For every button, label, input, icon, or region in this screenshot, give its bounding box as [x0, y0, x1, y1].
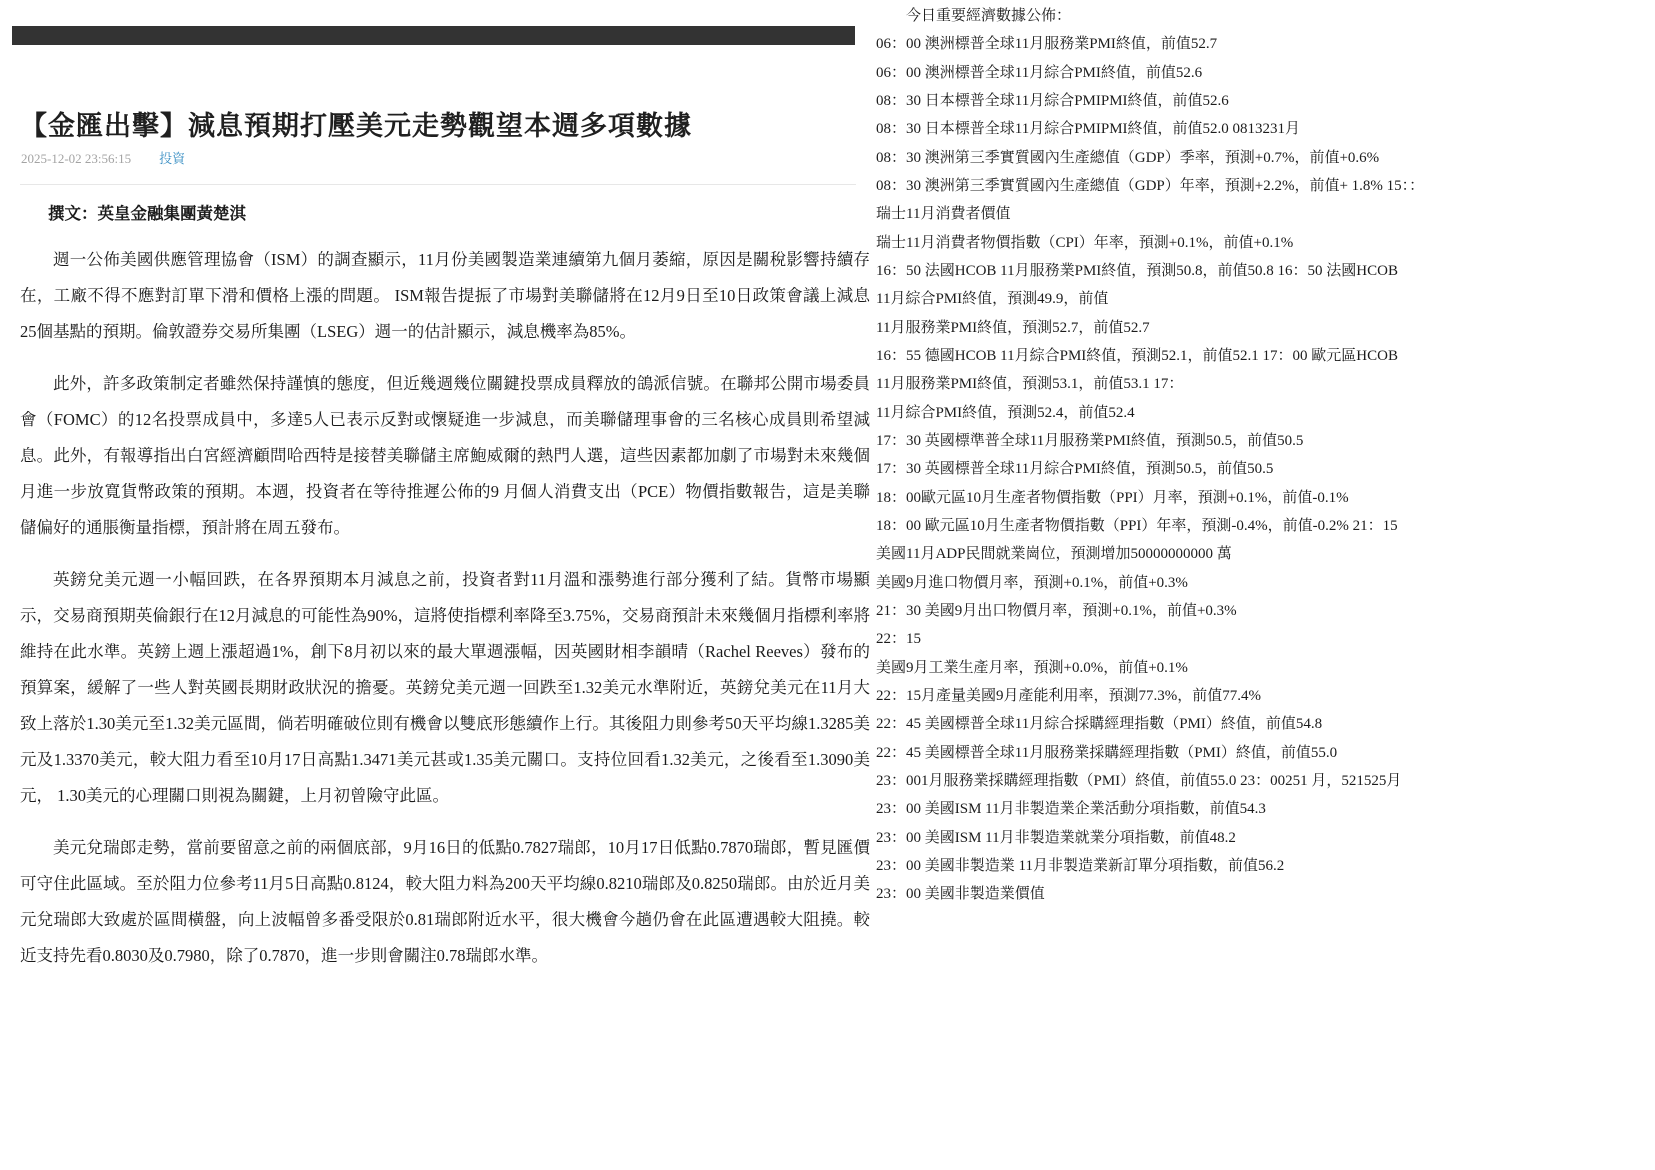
calendar-line: 16：55 德國HCOB 11月綜合PMI終值，預測52.1，前值52.1 17… [876, 342, 1450, 370]
calendar-line: 23：00 美國非製造業價值 [876, 880, 1450, 908]
calendar-line: 22：15月產量美國9月產能利用率，預測77.3%，前值77.4% [876, 682, 1450, 710]
calendar-line: 瑞士11月消費者價值 [876, 200, 1450, 228]
economic-calendar: 今日重要經濟數據公佈： 06：00 澳洲標普全球11月服務業PMI終值，前值52… [876, 2, 1450, 909]
article-body: 撰文：英皇金融集團黃楚淇 週一公佈美國供應管理協會（ISM）的調查顯示，11月份… [20, 196, 870, 990]
calendar-line: 22：45 美國標普全球11月綜合採購經理指數（PMI）終值，前值54.8 [876, 710, 1450, 738]
calendar-line: 06：00 澳洲標普全球11月綜合PMI終值，前值52.6 [876, 59, 1450, 87]
calendar-line: 08：30 澳洲第三季實質國內生產總值（GDP）年率，預測+2.2%，前值+ 1… [876, 172, 1450, 200]
top-dark-bar [12, 26, 855, 45]
article-paragraph: 此外，許多政策制定者雖然保持謹慎的態度，但近幾週幾位關鍵投票成員釋放的鴿派信號。… [20, 366, 870, 546]
category-link[interactable]: 投資 [159, 148, 185, 167]
calendar-line: 08：30 日本標普全球11月綜合PMIPMI終值，前值52.0 0813231… [876, 115, 1450, 143]
calendar-line: 08：30 澳洲第三季實質國內生產總值（GDP）季率，預測+0.7%，前值+0.… [876, 144, 1450, 172]
calendar-line: 11月綜合PMI終值，預測52.4，前值52.4 [876, 399, 1450, 427]
calendar-line: 18：00歐元區10月生產者物價指數（PPI）月率，預測+0.1%，前值-0.1… [876, 484, 1450, 512]
article-paragraphs: 週一公佈美國供應管理協會（ISM）的調查顯示，11月份美國製造業連續第九個月萎縮… [20, 242, 870, 974]
calendar-line: 23：00 美國ISM 11月非製造業企業活動分項指數，前值54.3 [876, 795, 1450, 823]
article-date: 2025-12-02 23:56:15 [21, 151, 131, 167]
calendar-line: 瑞士11月消費者物價指數（CPI）年率，預測+0.1%，前值+0.1% [876, 229, 1450, 257]
calendar-line: 08：30 日本標普全球11月綜合PMIPMI終值，前值52.6 [876, 87, 1450, 115]
calendar-line: 17：30 英國標準普全球11月服務業PMI終值，預測50.5，前值50.5 [876, 427, 1450, 455]
calendar-line: 美國9月進口物價月率，預測+0.1%，前值+0.3% [876, 569, 1450, 597]
calendar-line: 23：00 美國ISM 11月非製造業就業分項指數，前值48.2 [876, 824, 1450, 852]
calendar-line: 22：15 [876, 625, 1450, 653]
calendar-heading: 今日重要經濟數據公佈： [876, 2, 1450, 30]
calendar-line: 美國11月ADP民間就業崗位，預測增加50000000000 萬 [876, 540, 1450, 568]
calendar-line: 11月服務業PMI終值，預測52.7，前值52.7 [876, 314, 1450, 342]
calendar-line: 11月綜合PMI終值，預測49.9，前值 [876, 285, 1450, 313]
calendar-line: 18：00 歐元區10月生產者物價指數（PPI）年率，預測-0.4%，前值-0.… [876, 512, 1450, 540]
meta-divider [20, 184, 856, 185]
calendar-line: 22：45 美國標普全球11月服務業採購經理指數（PMI）終值，前值55.0 [876, 739, 1450, 767]
article-paragraph: 英鎊兌美元週一小幅回跌，在各界預期本月減息之前，投資者對11月溫和漲勢進行部分獲… [20, 562, 870, 814]
calendar-line: 06：00 澳洲標普全球11月服務業PMI終值，前值52.7 [876, 30, 1450, 58]
article-column: 【金匯出擊】減息預期打壓美元走勢觀望本週多項數據 2025-12-02 23:5… [20, 0, 870, 1170]
calendar-line: 23：00 美國非製造業 11月非製造業新訂單分項指數，前值56.2 [876, 852, 1450, 880]
article-byline: 撰文：英皇金融集團黃楚淇 [20, 196, 870, 232]
article-paragraph: 週一公佈美國供應管理協會（ISM）的調查顯示，11月份美國製造業連續第九個月萎縮… [20, 242, 870, 350]
calendar-line: 16：50 法國HCOB 11月服務業PMI終值，預測50.8，前值50.8 1… [876, 257, 1450, 285]
calendar-line: 11月服務業PMI終值，預測53.1，前值53.1 17： [876, 370, 1450, 398]
calendar-line: 美國9月工業生產月率，預測+0.0%，前值+0.1% [876, 654, 1450, 682]
article-meta: 2025-12-02 23:56:15投資 [21, 148, 185, 167]
calendar-line: 23：001月服務業採購經理指數（PMI）終值，前值55.0 23：00251 … [876, 767, 1450, 795]
calendar-line: 21：30 美國9月出口物價月率，預測+0.1%，前值+0.3% [876, 597, 1450, 625]
calendar-line: 17：30 英國標普全球11月綜合PMI終值，預測50.5，前值50.5 [876, 455, 1450, 483]
calendar-lines: 06：00 澳洲標普全球11月服務業PMI終值，前值52.706：00 澳洲標普… [876, 30, 1450, 908]
article-title: 【金匯出擊】減息預期打壓美元走勢觀望本週多項數據 [20, 106, 870, 146]
article-paragraph: 美元兌瑞郎走勢，當前要留意之前的兩個底部，9月16日的低點0.7827瑞郎，10… [20, 830, 870, 974]
